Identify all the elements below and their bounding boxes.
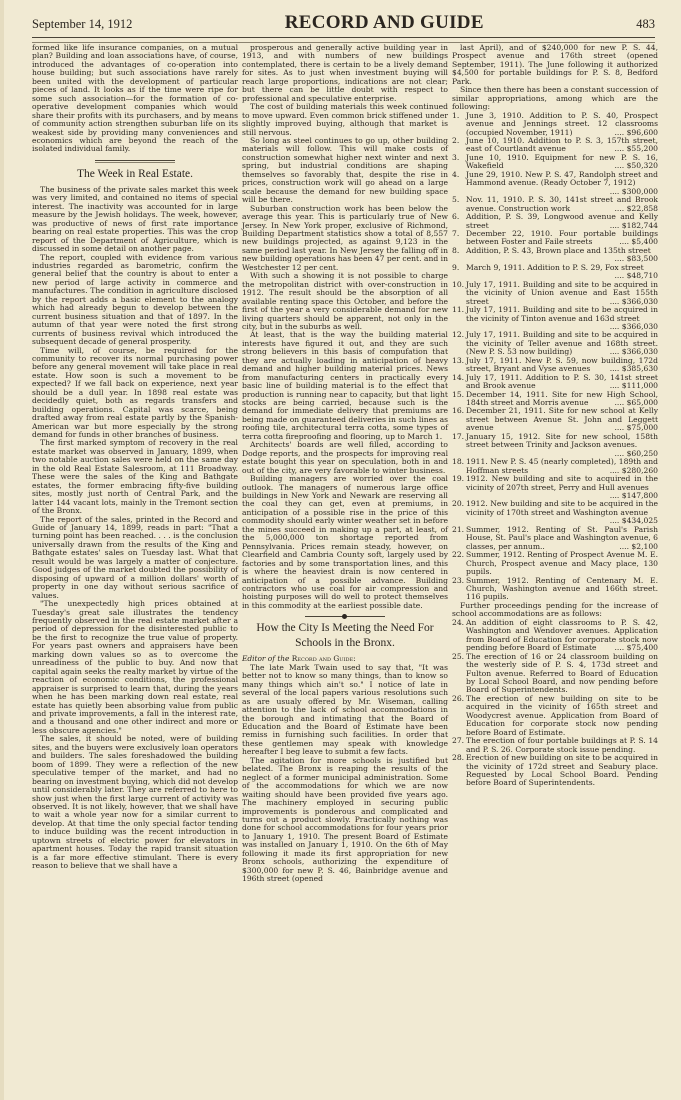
list-item: 14.July 17, 1911. Addition to P. S. 30, … [452, 374, 658, 391]
item-number: 4. [452, 171, 466, 196]
column-2: prosperous and generally active building… [242, 44, 448, 884]
item-number: 23. [452, 577, 466, 602]
page-number: 483 [636, 17, 655, 32]
item-text: Addition, P. S. 39, Longwood avenue and … [466, 213, 658, 230]
list-item: 22.Summer, 1912. Renting of Prospect Ave… [452, 551, 658, 576]
paragraph: prosperous and generally active building… [242, 44, 448, 103]
paragraph: The report, coupled with evidence from v… [32, 254, 238, 347]
list-item: 2.June 10, 1910. Addition to P. S. 3, 15… [452, 137, 658, 154]
item-text: 1911. New P. S. 45 (nearly completed), 1… [466, 458, 658, 475]
item-text: The erection of 16 or 24 classroom build… [466, 653, 658, 695]
item-text: Nov. 11, 1910. P. S. 30, 141st street an… [466, 196, 658, 213]
list-item: 1.June 3, 1910. Addition to P. S. 40, Pr… [452, 112, 658, 137]
column-1: formed like life insurance companies, on… [32, 44, 238, 871]
item-number: 18. [452, 458, 466, 475]
item-text: Addition, P. S. 43, Brown place and 135t… [466, 247, 658, 264]
list-item: 11.July 17, 1911. Building and site to b… [452, 306, 658, 331]
list-item: 15.December 14, 1911. Site for new High … [452, 391, 658, 408]
paragraph: The business of the private sales market… [32, 186, 238, 254]
list-item: 13.July 17, 1911. New P. S. 59, now buil… [452, 357, 658, 374]
list-item: 9.March 9, 1911. Addition to P. S. 29, F… [452, 264, 658, 281]
list-item: 18.1911. New P. S. 45 (nearly completed)… [452, 458, 658, 475]
list-item: 6.Addition, P. S. 39, Longwood avenue an… [452, 213, 658, 230]
list-item: 24.An addition of eight classrooms to P.… [452, 619, 658, 653]
item-text: Erection of new building on site to be a… [466, 754, 658, 788]
item-number: 16. [452, 407, 466, 432]
pending-intro: Further proceedings pending for the incr… [452, 602, 658, 619]
list-item: 26.The erection of new building on site … [452, 695, 658, 737]
list-item: 17.January 15, 1912. Site for new school… [452, 433, 658, 458]
item-number: 25. [452, 653, 466, 695]
paragraph: Time will, of course, be required for th… [32, 347, 238, 440]
list-item: 19.1912. New building and site to acquir… [452, 475, 658, 500]
section-divider [305, 616, 385, 617]
paragraph: last April), and of $240,000 for new P. … [452, 44, 658, 86]
item-number: 1. [452, 112, 466, 137]
newspaper-page: September 14, 1912 RECORD AND GUIDE 483 … [0, 0, 681, 1100]
list-item: 23.Summer, 1912. Renting of Centenary M.… [452, 577, 658, 602]
item-text: Summer, 1912. Renting of Prospect Avenue… [466, 551, 658, 576]
appropriations-list: 1.June 3, 1910. Addition to P. S. 40, Pr… [452, 112, 658, 602]
paragraph: So long as steel continues to go up, oth… [242, 137, 448, 205]
article-heading-week-in-real-estate: The Week in Real Estate. [32, 167, 238, 182]
item-text: Summer, 1912. Renting of St. Paul's Pari… [466, 526, 658, 551]
letter-body-continued: last April), and of $240,000 for new P. … [452, 44, 658, 112]
article-body: The business of the private sales market… [32, 186, 238, 871]
article-heading-bronx-schools: How the City Is Meeting the Need For Sch… [242, 621, 448, 651]
paragraph: At least, that is the way the building m… [242, 331, 448, 441]
list-item: 4.June 29, 1910. New P. S. 47, Randolph … [452, 171, 658, 196]
item-number: 10. [452, 281, 466, 306]
paragraph: The sales, it should be noted, were of b… [32, 735, 238, 870]
item-text: June 10, 1910. Equipment for new P. S. 1… [466, 154, 658, 171]
paragraph: Suburban construction work has been belo… [242, 205, 448, 273]
list-item: 28.Erection of new building on site to b… [452, 754, 658, 788]
paragraph: The cost of building materials this week… [242, 103, 448, 137]
item-text: June 10, 1910. Addition to P. S. 3, 157t… [466, 137, 658, 154]
item-text: January 15, 1912. Site for new school, 1… [466, 433, 658, 458]
paragraph: Architects' boards are well filled, acco… [242, 441, 448, 475]
item-number: 5. [452, 196, 466, 213]
item-number: 7. [452, 230, 466, 247]
item-number: 17. [452, 433, 466, 458]
item-text: March 9, 1911. Addition to P. S. 29, Fox… [466, 264, 658, 281]
item-number: 9. [452, 264, 466, 281]
item-number: 21. [452, 526, 466, 551]
paragraph: The first marked symptom of recovery in … [32, 439, 238, 515]
item-text: July 17, 1911. Building and site to be a… [466, 281, 658, 306]
issue-date: September 14, 1912 [32, 17, 132, 32]
item-text: July 17, 1911. Building and site to be a… [466, 306, 658, 331]
item-number: 14. [452, 374, 466, 391]
list-item: 27.The erection of four portable buildin… [452, 737, 658, 754]
item-number: 11. [452, 306, 466, 331]
list-item: 21.Summer, 1912. Renting of St. Paul's P… [452, 526, 658, 551]
list-item: 12.July 17, 1911. Building and site to b… [452, 331, 658, 356]
list-item: 10.July 17, 1911. Building and site to b… [452, 281, 658, 306]
byline-publication: Record and Guide: [292, 654, 356, 663]
item-number: 8. [452, 247, 466, 264]
section-divider [95, 160, 175, 163]
item-text: July 17, 1911. Addition to P. S. 30, 141… [466, 374, 658, 391]
item-number: 26. [452, 695, 466, 737]
page-edge [0, 0, 4, 1100]
item-number: 28. [452, 754, 466, 788]
list-item: 25.The erection of 16 or 24 classroom bu… [452, 653, 658, 695]
item-number: 19. [452, 475, 466, 500]
item-text: Summer, 1912. Renting of Centenary M. E.… [466, 577, 658, 602]
paragraph: The late Mark Twain used to say that, "I… [242, 664, 448, 757]
list-item: 20.1912. New building and site to be acq… [452, 500, 658, 525]
pending-proceedings-list: 24.An addition of eight classrooms to P.… [452, 619, 658, 788]
masthead: September 14, 1912 RECORD AND GUIDE 483 [32, 12, 655, 34]
item-number: 2. [452, 137, 466, 154]
item-text: The erection of four portable buildings … [466, 737, 658, 754]
item-text: July 17, 1911. Building and site to be a… [466, 331, 658, 356]
continued-paragraph: formed like life insurance companies, on… [32, 44, 238, 154]
list-item: 3.June 10, 1910. Equipment for new P. S.… [452, 154, 658, 171]
item-number: 12. [452, 331, 466, 356]
paragraph: Building managers are worried over the c… [242, 475, 448, 610]
item-text: July 17, 1911. New P. S. 59, now buildin… [466, 357, 658, 374]
publication-title: RECORD AND GUIDE [285, 12, 484, 34]
list-item: 16.December 21, 1911. Site for new schoo… [452, 407, 658, 432]
letter-body: The late Mark Twain used to say that, "I… [242, 664, 448, 884]
list-item: 7.December 22, 1910. Four portable build… [452, 230, 658, 247]
item-number: 27. [452, 737, 466, 754]
item-number: 20. [452, 500, 466, 525]
item-number: 15. [452, 391, 466, 408]
list-item: 5.Nov. 11, 1910. P. S. 30, 141st street … [452, 196, 658, 213]
item-text: December 22, 1910. Four portable buildin… [466, 230, 658, 247]
paragraph: The report of the sales, printed in the … [32, 516, 238, 601]
paragraph: "The unexpectedly high prices obtained a… [32, 600, 238, 735]
article-body-continued: prosperous and generally active building… [242, 44, 448, 610]
item-text: 1912. New building and site to be acquir… [466, 500, 658, 525]
item-text: December 21, 1911. Site for new school a… [466, 407, 658, 432]
paragraph: The agitation for more schools is justif… [242, 757, 448, 884]
list-item: 8.Addition, P. S. 43, Brown place and 13… [452, 247, 658, 264]
item-text: June 29, 1910. New P. S. 47, Randolph st… [466, 171, 658, 196]
paragraph: Since then there has been a constant suc… [452, 86, 658, 111]
item-number: 6. [452, 213, 466, 230]
item-text: The erection of new building on site to … [466, 695, 658, 737]
item-text: December 14, 1911. Site for new High Sch… [466, 391, 658, 408]
item-text: 1912. New building and site to acquired … [466, 475, 658, 500]
item-text: June 3, 1910. Addition to P. S. 40, Pros… [466, 112, 658, 137]
byline-prefix: Editor of the [242, 654, 289, 663]
column-3: last April), and of $240,000 for new P. … [452, 44, 658, 788]
item-number: 3. [452, 154, 466, 171]
item-text: An addition of eight classrooms to P. S.… [466, 619, 658, 653]
item-number: 13. [452, 357, 466, 374]
item-number: 24. [452, 619, 466, 653]
item-number: 22. [452, 551, 466, 576]
paragraph: With such a showing it is not possible t… [242, 272, 448, 331]
